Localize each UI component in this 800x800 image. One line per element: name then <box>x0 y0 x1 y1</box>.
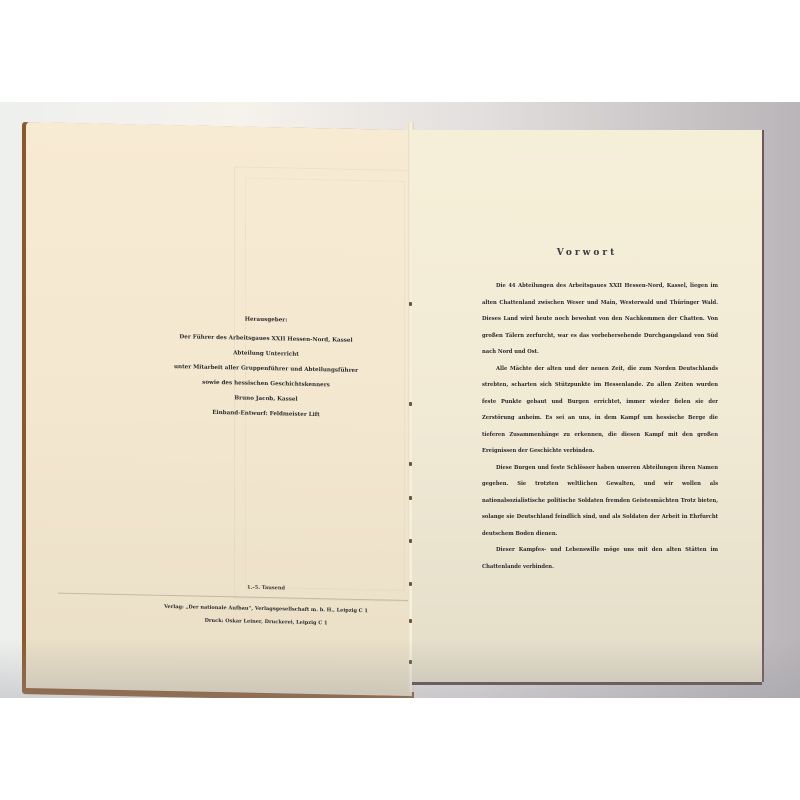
foreword-text: Die 44 Abteilungen des Arbeitsgaues XXII… <box>482 278 718 575</box>
paragraph: Diese Burgen und feste Schlösser haben u… <box>482 460 718 543</box>
paragraph: Alle Mächte der alten und der neuen Zeit… <box>482 361 718 460</box>
credits-block: Herausgeber: Der Führer des Arbeitsgaues… <box>106 310 426 426</box>
binding-stitch <box>409 660 412 664</box>
page-title: Vorwort <box>412 248 762 258</box>
paragraph: Dieser Kampfes- und Lebenswille möge uns… <box>482 542 718 575</box>
left-page: Herausgeber: Der Führer des Arbeitsgaues… <box>26 122 412 696</box>
paragraph: Die 44 Abteilungen des Arbeitsgaues XXII… <box>482 278 718 361</box>
book-photo: Herausgeber: Der Führer des Arbeitsgaues… <box>0 102 800 698</box>
publisher-block: Verlag: „Der nationale Aufbau“, Verlagsg… <box>106 600 426 633</box>
